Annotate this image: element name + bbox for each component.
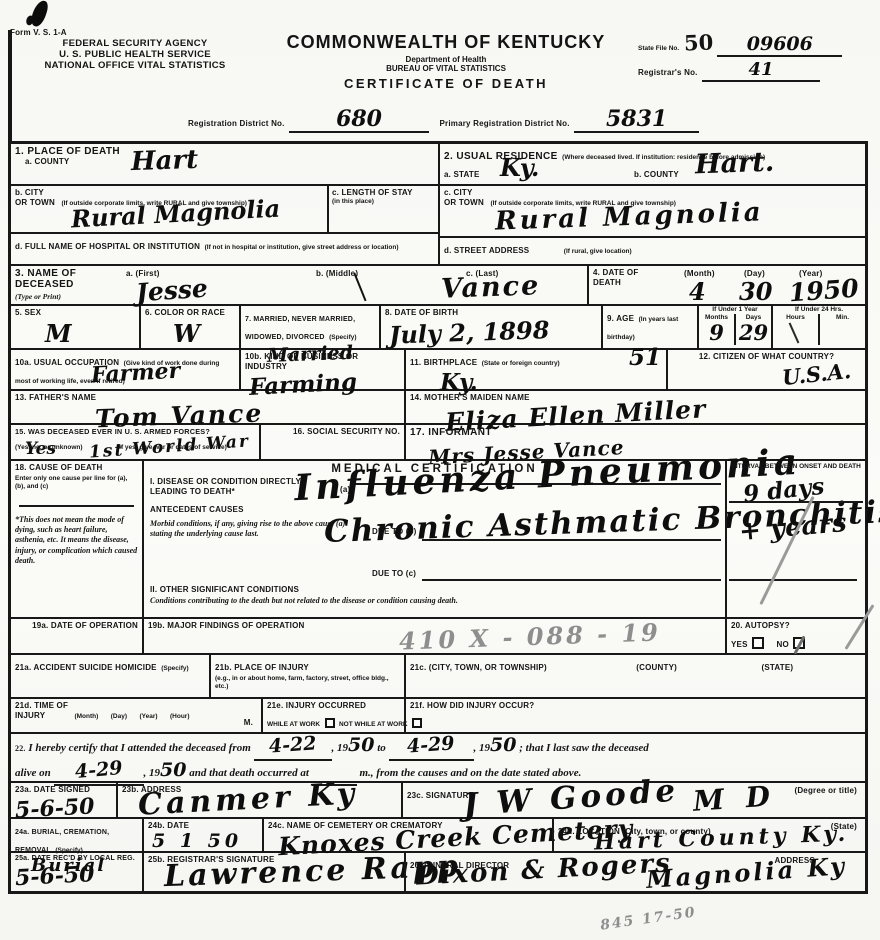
injury-occurred-label: 21e. INJURY OCCURRED — [267, 701, 400, 711]
section-place-of-injury: 21b. PLACE OF INJURY (e.g., in or about … — [209, 655, 404, 697]
pod-county-value: Hart — [131, 147, 199, 175]
under-24-hrs-label: If Under 24 Hrs. — [773, 306, 865, 314]
months-value: 9 — [699, 322, 734, 343]
autopsy-yes-checkbox — [752, 637, 764, 649]
cert-part-3: ; that I last saw the deceased — [519, 742, 649, 754]
res-street-label: d. STREET ADDRESS — [444, 246, 529, 255]
operation-date-label: 19a. DATE OF OPERATION — [15, 621, 138, 631]
cause-note-1: Enter only one cause per line for (a), (… — [15, 475, 138, 491]
toi-m-label: M. — [244, 718, 253, 728]
commonwealth-title: COMMONWEALTH OF KENTUCKY — [258, 32, 634, 53]
while-at-work-checkbox — [325, 718, 335, 728]
other-conditions-label: II. OTHER SIGNIFICANT CONDITIONS — [150, 585, 299, 595]
cert-from-year: 50 — [348, 734, 374, 756]
section-time-of-injury: 21d. TIME OF INJURY (Month) (Day) (Year)… — [11, 699, 261, 732]
section-date-of-operation: 19a. DATE OF OPERATION — [11, 619, 142, 653]
birth-date-value: July 2, 1898 — [389, 316, 598, 347]
section-cemetery: 24c. NAME OF CEMETERY OR CREMATORY Knoxe… — [262, 819, 552, 851]
dod-year-value: 1950 — [788, 276, 859, 306]
accident-label: 21a. ACCIDENT SUICIDE HOMICIDE — [15, 663, 157, 672]
autopsy-no-check-mark — [794, 635, 806, 654]
reg-district-value: 680 — [336, 106, 382, 132]
res-county-value: Hart. — [695, 149, 775, 179]
interval-label: INTERVAL BETWEEN ONSET AND DEATH — [731, 463, 861, 471]
cause-note-2: *This does not mean the mode of dying, s… — [15, 515, 138, 567]
physician-degree-value: M D — [692, 782, 777, 816]
last-name-value: Vance — [441, 272, 541, 302]
death-certificate-scan: Form V. S. 1-A FEDERAL SECURITY AGENCY U… — [0, 0, 880, 940]
toi-month-label: (Month) — [74, 713, 98, 720]
cause-of-death-label: 18. CAUSE OF DEATH — [15, 463, 138, 473]
certificate-form: 1. PLACE OF DEATH a. COUNTY Hart b. CITY… — [8, 141, 868, 894]
section-registrar-signature: 25b. REGISTRAR'S SIGNATURE Lawrence Rapp — [142, 853, 404, 891]
cert-part-5: and that death occurred at — [189, 767, 309, 779]
days-value: 29 — [736, 322, 771, 343]
race-label: 6. COLOR OR RACE — [145, 308, 235, 318]
how-injury-label: 21f. HOW DID INJURY OCCUR? — [410, 701, 861, 711]
agency-line-2: U. S. PUBLIC HEALTH SERVICE — [10, 49, 260, 60]
autopsy-no-label: NO — [777, 640, 789, 649]
cert-part-2: to — [377, 742, 386, 754]
section-physician-signature: 23c. SIGNATURE (Degree or title) J W Goo… — [401, 783, 865, 817]
due-to-c-label: DUE TO (c) — [372, 569, 416, 579]
section-occupation: 10a. USUAL OCCUPATION (Give kind of work… — [11, 350, 239, 389]
date-received-value: 5-6-50 — [15, 861, 139, 889]
pod-stay-note: (in this place) — [332, 198, 435, 206]
accident-note: (Specify) — [161, 665, 188, 672]
pod-city-label: b. CITY OR TOWN — [15, 188, 57, 208]
other-conditions-note: Conditions contributing to the death but… — [150, 596, 480, 606]
injury-county-label: (COUNTY) — [636, 663, 677, 672]
header-title-block: COMMONWEALTH OF KENTUCKY Department of H… — [258, 32, 634, 91]
cemetery-location-value: Hart County Ky. — [594, 823, 850, 854]
res-street-note: (If rural, give location) — [564, 248, 632, 255]
place-of-injury-note: (e.g., in or about home, farm, factory, … — [215, 675, 400, 691]
section-father-name: 13. FATHER'S NAME Tom Vance — [11, 391, 404, 423]
section-physician-certification: 22. I hereby certify that I attended the… — [11, 734, 865, 781]
header-agency-block: Form V. S. 1-A FEDERAL SECURITY AGENCY U… — [10, 28, 260, 71]
cert-part-1: I hereby certify that I attended the dec… — [28, 742, 250, 754]
physician-address-value: Canmer Ky — [137, 779, 359, 820]
section-citizen: 12. CITIZEN OF WHAT COUNTRY? U.S.A. — [666, 350, 865, 389]
ssn-label: 16. SOCIAL SECURITY NO. — [265, 427, 400, 437]
res-city-label: c. CITY OR TOWN — [444, 188, 486, 208]
section-injury-occurred: 21e. INJURY OCCURRED WHILE AT WORK NOT W… — [261, 699, 404, 732]
section-race: 6. COLOR OR RACE W — [139, 306, 239, 348]
reg-district-label: Registration District No. — [188, 119, 285, 128]
cert-alive-year: 50 — [160, 759, 186, 781]
cert-number: 22. — [15, 744, 26, 753]
dept-subtitle: Department of Health — [258, 55, 634, 64]
section-mother-name: 14. MOTHER'S MAIDEN NAME Eliza Ellen Mil… — [404, 391, 865, 423]
cert-year-prefix-1: , 19 — [332, 742, 349, 754]
registration-district-line: Registration District No. 680 Primary Re… — [188, 108, 868, 133]
major-findings-value: 410 X - 088 - 19 — [399, 620, 662, 653]
interval-rule-1 — [729, 501, 863, 503]
res-state-label: a. STATE — [444, 170, 480, 179]
min-label: Min. — [820, 314, 865, 322]
cert-part-6: m., from the causes and on the date stat… — [360, 767, 582, 779]
section-usual-residence: 2. USUAL RESIDENCE (Where deceased lived… — [438, 144, 865, 264]
autopsy-no-checkbox — [793, 637, 805, 649]
section-birthplace: 11. BIRTHPLACE (State or foreign country… — [404, 350, 666, 389]
physician-signature-value: J W Goode — [462, 775, 680, 821]
toi-hour-label: (Hour) — [170, 713, 190, 720]
section-cemetery-location: 24d. LOCATION (City, town, or county) (S… — [552, 819, 865, 851]
age-label: 9. AGE — [607, 314, 634, 323]
agency-line-3: NATIONAL OFFICE VITAL STATISTICS — [10, 60, 260, 71]
section-name-of-deceased: 3. NAME OF DECEASED a. (First) b. (Middl… — [11, 266, 587, 304]
section-marital-status: 7. MARRIED, NEVER MARRIED, WIDOWED, DIVO… — [239, 306, 379, 348]
section-interval-column: INTERVAL BETWEEN ONSET AND DEATH 9 days … — [725, 461, 865, 617]
under-1-year-label: If Under 1 Year — [699, 306, 771, 314]
first-name-value: Jesse — [135, 276, 208, 306]
section-physician-address: 23b. ADDRESS Canmer Ky — [116, 783, 401, 817]
toi-year-label: (Year) — [139, 713, 157, 720]
divider-line — [19, 505, 134, 507]
pod-county-label: a. COUNTY — [25, 157, 434, 167]
section-funeral-director: 26. FUNERAL DIRECTOR ADDRESS Dixon & Rog… — [404, 853, 865, 891]
section-how-injury-occurred: 21f. HOW DID INJURY OCCUR? — [404, 699, 865, 732]
armed-forces-yes: Yes — [25, 441, 56, 458]
section-age: 9. AGE (In years last birthday) 51 — [601, 306, 697, 348]
date-signed-value: 5-6-50 — [14, 794, 112, 821]
section-cause-of-death-notes: 18. CAUSE OF DEATH Enter only one cause … — [11, 461, 142, 617]
burial-date-value: 5 1 50 — [152, 832, 258, 851]
middle-name-label: b. (Middle) — [316, 269, 358, 279]
citizen-value: U.S.A. — [781, 359, 862, 388]
section-sex: 5. SEX M — [11, 306, 139, 348]
cert-to-date: 4-29 — [407, 738, 455, 753]
place-of-injury-label: 21b. PLACE OF INJURY — [215, 663, 309, 672]
date-signed-label: 23a. DATE SIGNED — [15, 785, 112, 795]
race-value: W — [173, 322, 235, 346]
injury-state-label: (STATE) — [761, 663, 793, 672]
interval-rule-2 — [729, 579, 857, 581]
ink-blob-mark — [29, 0, 50, 28]
section-date-of-birth: 8. DATE OF BIRTH July 2, 1898 — [379, 306, 601, 348]
birthplace-label: 11. BIRTHPLACE — [410, 358, 477, 367]
section-place-of-death: 1. PLACE OF DEATH a. COUNTY Hart b. CITY… — [11, 144, 438, 264]
section-date-signed: 23a. DATE SIGNED 5-6-50 — [11, 783, 116, 817]
state-file-number: 09606 — [747, 33, 813, 55]
agency-line-1: FEDERAL SECURITY AGENCY — [10, 38, 260, 49]
state-file-stamp: 50 — [683, 29, 713, 55]
section-burial: 24a. BURIAL, CREMATION, REMOVAL (Specify… — [11, 819, 142, 851]
sex-value: M — [45, 322, 135, 346]
primary-district-label: Primary Registration District No. — [439, 119, 569, 128]
certificate-of-death-title: CERTIFICATE OF DEATH — [258, 76, 634, 91]
not-while-at-work-label: NOT WHILE AT WORK — [339, 721, 408, 728]
funeral-director-value: Dixon & Rogers — [415, 850, 672, 889]
section-date-of-death: 4. DATE OF DEATH (Month) (Day) (Year) 4 … — [587, 266, 865, 304]
section-autopsy: 20. AUTOPSY? YES NO — [725, 619, 865, 653]
cert-year-prefix-2: , 19 — [474, 742, 491, 754]
hours-check-mark — [789, 322, 800, 343]
injury-city-label: 21c. (CITY, TOWN, OR TOWNSHIP) — [410, 663, 547, 672]
pod-stay-label: c. LENGTH OF STAY — [332, 188, 435, 198]
while-at-work-label: WHILE AT WORK — [267, 721, 320, 728]
autopsy-yes-label: YES — [731, 640, 748, 649]
section-burial-date: 24b. DATE 5 1 50 — [142, 819, 262, 851]
cert-part-4: alive on — [15, 767, 51, 779]
res-county-label: b. COUNTY — [634, 170, 679, 179]
registrars-no-label: Registrar's No. — [638, 68, 698, 77]
due-c-rule — [422, 579, 721, 581]
time-of-injury-label: 21d. TIME OF INJURY — [15, 701, 70, 721]
section-age-under-1-year: If Under 1 Year Months 9 Days 29 — [697, 306, 771, 348]
header-file-numbers: State File No. 50 09606 Registrar's No. … — [638, 30, 872, 82]
armed-forces-war: 1st World War — [89, 433, 251, 461]
section-business-industry: 10b. KIND OF BUSINESS OR INDUSTRY Farmin… — [239, 350, 404, 389]
primary-district-value: 5831 — [606, 106, 667, 132]
cert-alive-date: 4-29 — [74, 763, 122, 778]
toi-day-label: (Day) — [111, 713, 127, 720]
antecedent-causes-label: ANTECEDENT CAUSES — [150, 505, 244, 515]
section-age-under-24-hrs: If Under 24 Hrs. Hours Min. — [771, 306, 865, 348]
state-file-label: State File No. — [638, 45, 679, 52]
autopsy-label: 20. AUTOPSY? — [731, 621, 861, 631]
funeral-address-value: Magnolia Ky — [645, 854, 847, 892]
hours-label: Hours — [773, 314, 818, 322]
birthplace-note: (State or foreign country) — [482, 360, 560, 367]
section-ssn: 16. SOCIAL SECURITY NO. — [259, 425, 404, 459]
section-accident-suicide: 21a. ACCIDENT SUICIDE HOMICIDE (Specify) — [11, 655, 209, 697]
degree-title-label: (Degree or title) — [794, 786, 857, 796]
place-of-death-title: 1. PLACE OF DEATH — [15, 146, 434, 157]
res-city-value: Rural Magnolia — [495, 199, 764, 234]
bureau-subtitle: BUREAU OF VITAL STATISTICS — [258, 64, 634, 73]
dod-month-value: 4 — [689, 280, 706, 304]
section-major-findings: 19b. MAJOR FINDINGS OF OPERATION 410 X -… — [142, 619, 725, 653]
pod-hospital-label: d. FULL NAME OF HOSPITAL OR INSTITUTION — [15, 242, 200, 251]
section-date-received: 25a. DATE REC'D BY LOCAL REG. 5-6-50 — [11, 853, 142, 891]
date-of-death-label: 4. DATE OF DEATH — [593, 268, 645, 288]
marital-label-note: (Specify) — [329, 334, 356, 341]
cert-to-year: 50 — [490, 734, 516, 756]
form-number: Form V. S. 1-A — [10, 28, 260, 38]
registrars-no-value: 41 — [749, 59, 774, 80]
occupation-value: Farmer — [90, 360, 180, 387]
pod-hospital-note: (If not in hospital or institution, give… — [205, 244, 399, 251]
section-armed-forces: 15. WAS DECEASED EVER IN U. S. ARMED FOR… — [11, 425, 259, 459]
dod-day-value: 30 — [739, 280, 772, 304]
section-medical-certification: MEDICAL CERTIFICATION I. DISEASE OR COND… — [142, 461, 725, 617]
sex-label: 5. SEX — [15, 308, 135, 318]
name-title: 3. NAME OF DECEASED — [15, 268, 115, 290]
cert-from-date: 4-22 — [268, 738, 316, 753]
bottom-pencil-note: 845 17-50 — [599, 905, 697, 932]
res-state-value: Ky. — [500, 156, 539, 180]
cert-year-prefix-3: , 19 — [144, 767, 161, 779]
section-injury-location: 21c. (CITY, TOWN, OR TOWNSHIP) (COUNTY) … — [404, 655, 865, 697]
